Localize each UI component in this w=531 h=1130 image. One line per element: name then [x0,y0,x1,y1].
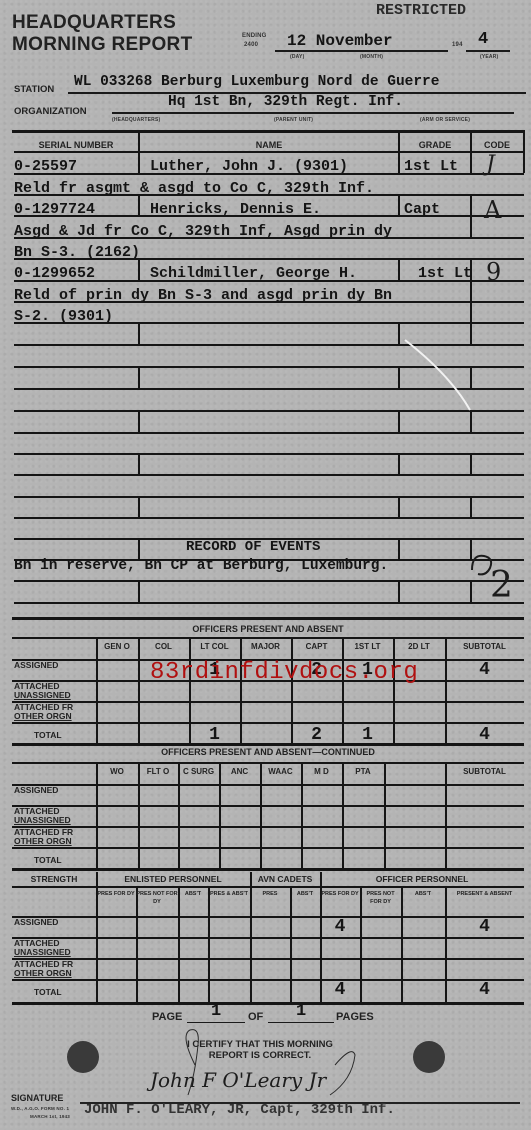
grid-line [342,762,344,868]
year-prefix: 194 [452,42,463,48]
grid-line [12,805,524,807]
entry-1-code: J [486,152,495,177]
station-value: WL 033268 Berburg Luxemburg Nord de Guer… [74,74,439,90]
grid-line [240,637,242,743]
cell-value: 4 [445,725,524,745]
column-divider [398,453,400,474]
cell-value: 4 [445,660,524,680]
column-header: PRES FOR DY [96,890,136,898]
punch-hole-right [413,1041,445,1073]
entry-1-name: Luther, John J. (9301) [150,158,348,175]
column-header: CAPT [291,642,342,651]
cell-value: 4 [320,980,360,1000]
grid-line [384,762,386,868]
cell-value: 1 [189,725,240,745]
officer-group-header: OFFICER PERSONNEL [320,874,524,884]
enlisted-group-header: ENLISTED PERSONNEL [96,874,250,884]
column-divider [398,580,400,602]
column-header: COL [138,642,189,651]
column-divider [138,258,140,280]
arm-caption: (ARM OR SERVICE) [420,117,470,123]
column-header: C SURG [178,767,219,776]
handwritten-loop [468,552,496,578]
row-label: ATTACHEDUNASSIGNED [14,939,71,957]
grid-line [12,826,524,828]
scratch-mark [400,335,480,415]
column-divider [138,194,140,215]
entry-2-grade: Capt [404,201,440,218]
officers-table-top [12,617,524,620]
column-header: PRES & ABS'T [208,890,250,898]
column-divider [398,130,400,151]
entry-2-code: A [484,196,501,224]
station-field: WL 033268 Berburg Luxemburg Nord de Guer… [68,72,526,94]
column-divider [398,258,400,280]
record-of-events-label: RECORD OF EVENTS [186,539,320,555]
column-header: PRES FOR DY [320,890,360,898]
column-header: PRES NOT FOR DY [360,890,401,906]
entry-2-serial: 0-1297724 [14,201,95,218]
grid-line [12,958,524,960]
table-top-border [12,130,524,133]
signature-flourish [140,1025,370,1100]
page-field: 1 [187,1004,245,1023]
grid-line [219,762,221,868]
column-divider [398,194,400,215]
month-caption: (MONTH) [360,54,383,60]
ruled-line [14,432,524,434]
entry-3-name: Schildmiller, George H. [150,265,357,282]
year-field: 4 [466,32,510,52]
row-label: ATTACHED FROTHER ORGN [14,703,73,721]
grid-line [178,886,180,1002]
column-divider [138,366,140,388]
record-of-events-text: Bn in reserve, Bn CP at Berburg, Luxembu… [14,558,388,574]
entry-3-remark-1: Reld of prin dy Bn S-3 and asgd prin dy … [14,287,392,304]
row-label: ATTACHED FROTHER ORGN [14,960,73,978]
column-header: 2D LT [393,642,445,651]
form-date: MARCH 1st, 1943 [30,1114,70,1119]
signer-typed-name: JOHN F. O'LEARY, JR, Capt, 329th Inf. [84,1102,395,1118]
column-divider [138,410,140,432]
row-label: ASSIGNED [14,661,58,670]
column-header: ABS'T [401,890,445,898]
year-caption: (YEAR) [480,54,498,60]
column-header: SUBTOTAL [445,767,524,776]
col-grade: GRADE [400,140,470,150]
column-divider [138,322,140,344]
ending-label: ENDING [242,33,267,39]
ruled-line [14,496,524,498]
column-header: MAJOR [240,642,291,651]
grid-line [12,886,524,888]
grid-line [96,762,98,868]
column-divider [138,580,140,602]
column-divider [470,496,472,517]
entry-3-serial: 0-1299652 [14,265,95,282]
column-header: WAAC [260,767,301,776]
ruled-line [14,517,524,519]
grid-line [301,762,303,868]
column-header: WO [96,767,138,776]
column-divider [470,194,472,237]
grid-line [12,722,524,724]
entry-3-code: 9 [486,258,501,286]
cell-value: 4 [445,980,524,1000]
column-divider [138,151,140,173]
entry-2-name: Henricks, Dennis E. [150,201,321,218]
grid-line [260,762,262,868]
grid-line [208,886,210,1002]
row-label: TOTAL [14,856,62,865]
organization-field: Hq 1st Bn, 329th Regt. Inf. [112,94,514,114]
column-header: ABS'T [178,890,208,898]
grid-line [138,637,140,743]
page-value: 1 [211,1002,221,1021]
column-divider [470,453,472,474]
row-label: ATTACHED FROTHER ORGN [14,828,73,846]
column-divider [138,538,140,559]
pages-label: PAGES [336,1011,374,1023]
entry-1-serial: 0-25597 [14,158,77,175]
entry-2-remark-1: Asgd & Jd fr Co C, 329th Inf, Asgd prin … [14,223,392,240]
title-line-2: MORNING REPORT [12,34,192,56]
title-line-1: HEADQUARTERS [12,12,176,34]
row-label: ATTACHEDUNASSIGNED [14,807,71,825]
grid-line [12,847,524,849]
column-header: M D [301,767,342,776]
date-value: 12 November [287,32,393,50]
row-label: ASSIGNED [14,918,58,927]
entry-3-grade: 1st Lt [418,265,472,282]
col-code: CODE [472,140,522,150]
grid-line [178,762,180,868]
column-divider [138,130,140,151]
grid-line [96,637,98,743]
ruled-line [14,602,524,604]
column-header: GEN O [96,642,138,651]
organization-label: ORGANIZATION [14,106,87,117]
grid-line [290,886,292,1002]
ruled-line [14,474,524,476]
column-divider [138,496,140,517]
punch-hole-left [67,1041,99,1073]
form-label: W.D., A.G.O. FORM NO. 1 [11,1106,69,1111]
entry-3-remark-2: S-2. (9301) [14,308,113,325]
cadets-group-header: AVN CADETS [250,874,320,884]
column-divider [470,130,472,173]
parent-unit-caption: (PARENT UNIT) [274,117,313,123]
grid-line [401,886,403,1002]
pages-value: 1 [296,1002,306,1021]
column-divider [398,496,400,517]
grid-line [12,762,524,764]
entry-1-remark: Reld fr asgmt & asgd to Co C, 329th Inf. [14,180,374,197]
organization-value: Hq 1st Bn, 329th Regt. Inf. [168,94,403,110]
entry-2-remark-2: Bn S-3. (2162) [14,244,140,261]
date-field: 12 November [275,32,448,52]
col-name: NAME [140,140,398,150]
station-label: STATION [14,84,54,95]
year-digit: 4 [478,30,488,49]
grid-line [138,762,140,868]
column-divider [398,538,400,559]
cell-value: 4 [445,917,524,937]
grid-line [445,762,447,868]
col-serial-number: SERIAL NUMBER [14,140,138,150]
grid-line [12,868,524,871]
column-header: PRES NOT FOR DY [136,890,178,906]
headquarters-caption: (HEADQUARTERS) [112,117,160,123]
column-header: FLT O [138,767,178,776]
classification-stamp: RESTRICTED [376,2,466,19]
page-label: PAGE [152,1011,182,1023]
of-label: OF [248,1011,263,1023]
row-label: ASSIGNED [14,786,58,795]
day-caption: (DAY) [290,54,304,60]
grid-line [393,637,395,743]
ruled-line [14,580,524,582]
ruled-line [14,453,524,455]
grid-line [12,701,524,703]
column-header: PRES [250,890,290,898]
column-header: PRESENT & ABSENT [445,890,524,898]
column-header: SUBTOTAL [445,642,524,651]
officers-table-title: OFFICERS PRESENT AND ABSENT [12,624,524,634]
column-divider [398,151,400,173]
row-label: ATTACHEDUNASSIGNED [14,682,71,700]
row-label: TOTAL [14,988,62,997]
column-divider [138,453,140,474]
column-divider [523,130,525,173]
column-header: ABS'T [290,890,320,898]
cell-value: 1 [342,725,393,745]
strength-title: STRENGTH [12,874,96,884]
watermark: 83rdinfdivdocs.org [150,659,418,686]
morning-report-page: RESTRICTED HEADQUARTERS MORNING REPORT E… [0,0,531,1130]
ruled-line [14,151,524,153]
officers-continued-title: OFFICERS PRESENT AND ABSENT—CONTINUED [12,747,524,757]
pages-field: 1 [268,1004,334,1023]
grid-line [12,784,524,786]
column-header: ANC [219,767,260,776]
column-divider [470,580,472,602]
ending-time: 2400 [244,42,258,48]
cell-value: 2 [291,725,342,745]
row-label: TOTAL [14,731,62,740]
cell-value: 4 [320,917,360,937]
entry-1-grade: 1st Lt [404,158,458,175]
column-header: PTA [342,767,384,776]
grid-line [12,937,524,939]
column-header: LT COL [189,642,240,651]
grid-line [12,637,524,639]
column-header: 1ST LT [342,642,393,651]
signature-label: SIGNATURE [11,1093,63,1103]
